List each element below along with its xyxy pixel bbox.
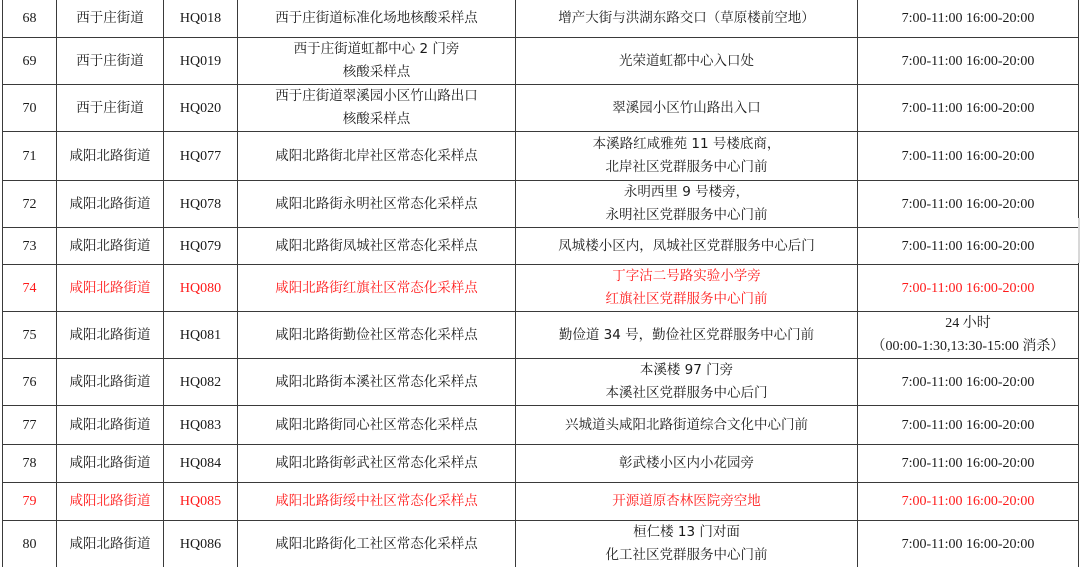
street-name: 西于庄街道	[76, 10, 144, 26]
address-line: 增产大街与洪湖东路交口（草原楼前空地）	[558, 10, 815, 26]
street-name: 咸阳北路街道	[70, 493, 151, 509]
site-line: 西于庄街道翠溪园小区竹山路出口	[275, 88, 478, 104]
row-number: 73	[23, 239, 37, 254]
row-number: 80	[23, 537, 37, 552]
row-number-cell: 78	[3, 445, 57, 483]
table-row: 70 西于庄街道 HQ020 西于庄街道翠溪园小区竹山路出口核酸采样点 翠溪园小…	[3, 85, 1079, 132]
address-cell: 增产大街与洪湖东路交口（草原楼前空地）	[516, 0, 858, 38]
street-name: 咸阳北路街道	[70, 238, 151, 254]
code-cell: HQ019	[164, 38, 238, 85]
street-name: 咸阳北路街道	[70, 374, 151, 390]
address-line: 永明西里 9 号楼旁，	[624, 184, 749, 200]
street-name: 咸阳北路街道	[70, 327, 151, 343]
row-number-cell: 76	[3, 359, 57, 406]
street-cell: 咸阳北路街道	[57, 445, 164, 483]
hours-cell: 24 小时（00:00-1:30,13:30-15:00 消杀）	[858, 312, 1079, 359]
address-line: 兴城道头咸阳北路街道综合文化中心门前	[565, 417, 808, 433]
hours-cell: 7:00-11:00 16:00-20:00	[858, 406, 1079, 445]
table-body: 68 西于庄街道 HQ018 西于庄街道标准化场地核酸采样点 增产大街与洪湖东路…	[3, 0, 1079, 567]
street-cell: 咸阳北路街道	[57, 406, 164, 445]
address-line: 凤城楼小区内，凤城社区党群服务中心后门	[558, 238, 815, 254]
table-row: 72 咸阳北路街道 HQ078 咸阳北路街永明社区常态化采样点 永明西里 9 号…	[3, 181, 1079, 228]
hours-cell: 7:00-11:00 16:00-20:00	[858, 38, 1079, 85]
hours-line: 7:00-11:00 16:00-20:00	[902, 281, 1035, 296]
site-code: HQ079	[180, 239, 221, 254]
site-line: 咸阳北路街同心社区常态化采样点	[275, 417, 478, 433]
table-row: 74 咸阳北路街道 HQ080 咸阳北路街红旗社区常态化采样点 丁字沽二号路实验…	[3, 265, 1079, 312]
hours-cell: 7:00-11:00 16:00-20:00	[858, 228, 1079, 265]
row-number: 71	[23, 149, 37, 164]
hours-line: 24 小时	[945, 316, 991, 331]
table-row: 73 咸阳北路街道 HQ079 咸阳北路街凤城社区常态化采样点 凤城楼小区内，凤…	[3, 228, 1079, 265]
site-code: HQ086	[180, 537, 221, 552]
site-line: 咸阳北路街化工社区常态化采样点	[275, 536, 478, 552]
site-line: 核酸采样点	[343, 64, 411, 80]
row-number: 70	[23, 101, 37, 116]
site-line: 咸阳北路街勤俭社区常态化采样点	[275, 327, 478, 343]
address-line: 勤俭道 34 号，勤俭社区党群服务中心门前	[559, 327, 814, 343]
address-cell: 丁字沽二号路实验小学旁红旗社区党群服务中心门前	[516, 265, 858, 312]
address-line: 光荣道虹都中心入口处	[619, 53, 754, 69]
address-line: 化工社区党群服务中心门前	[606, 547, 768, 563]
street-cell: 咸阳北路街道	[57, 265, 164, 312]
site-code: HQ085	[180, 494, 221, 509]
hours-line: 7:00-11:00 16:00-20:00	[902, 456, 1035, 471]
site-code: HQ082	[180, 375, 221, 390]
street-name: 西于庄街道	[76, 53, 144, 69]
site-line: 西于庄街道标准化场地核酸采样点	[275, 10, 478, 26]
address-cell: 彰武楼小区内小花园旁	[516, 445, 858, 483]
address-cell: 勤俭道 34 号，勤俭社区党群服务中心门前	[516, 312, 858, 359]
row-number: 79	[23, 494, 37, 509]
row-number: 74	[23, 281, 37, 296]
site-name-cell: 咸阳北路街凤城社区常态化采样点	[238, 228, 516, 265]
hours-line: 7:00-11:00 16:00-20:00	[902, 197, 1035, 212]
site-code: HQ080	[180, 281, 221, 296]
site-line: 西于庄街道虹都中心 2 门旁	[294, 41, 460, 57]
row-number-cell: 74	[3, 265, 57, 312]
site-name-cell: 咸阳北路街化工社区常态化采样点	[238, 521, 516, 567]
hours-line: 7:00-11:00 16:00-20:00	[902, 375, 1035, 390]
address-cell: 本溪楼 97 门旁本溪社区党群服务中心后门	[516, 359, 858, 406]
row-number: 72	[23, 197, 37, 212]
address-cell: 翠溪园小区竹山路出入口	[516, 85, 858, 132]
hours-line: 7:00-11:00 16:00-20:00	[902, 149, 1035, 164]
address-cell: 桓仁楼 13 门对面化工社区党群服务中心门前	[516, 521, 858, 567]
table-row: 75 咸阳北路街道 HQ081 咸阳北路街勤俭社区常态化采样点 勤俭道 34 号…	[3, 312, 1079, 359]
street-cell: 西于庄街道	[57, 85, 164, 132]
code-cell: HQ082	[164, 359, 238, 406]
code-cell: HQ020	[164, 85, 238, 132]
site-code: HQ078	[180, 197, 221, 212]
site-name-cell: 咸阳北路街勤俭社区常态化采样点	[238, 312, 516, 359]
table-row: 68 西于庄街道 HQ018 西于庄街道标准化场地核酸采样点 增产大街与洪湖东路…	[3, 0, 1079, 38]
street-cell: 咸阳北路街道	[57, 521, 164, 567]
row-number: 68	[23, 11, 37, 26]
hours-cell: 7:00-11:00 16:00-20:00	[858, 0, 1079, 38]
site-name-cell: 西于庄街道标准化场地核酸采样点	[238, 0, 516, 38]
street-cell: 咸阳北路街道	[57, 483, 164, 521]
street-name: 咸阳北路街道	[70, 196, 151, 212]
row-number-cell: 73	[3, 228, 57, 265]
table-row: 77 咸阳北路街道 HQ083 咸阳北路街同心社区常态化采样点 兴城道头咸阳北路…	[3, 406, 1079, 445]
hours-line: 7:00-11:00 16:00-20:00	[902, 101, 1035, 116]
street-cell: 咸阳北路街道	[57, 312, 164, 359]
row-number: 78	[23, 456, 37, 471]
hours-line: 7:00-11:00 16:00-20:00	[902, 494, 1035, 509]
street-name: 咸阳北路街道	[70, 417, 151, 433]
hours-cell: 7:00-11:00 16:00-20:00	[858, 132, 1079, 181]
code-cell: HQ084	[164, 445, 238, 483]
address-cell: 光荣道虹都中心入口处	[516, 38, 858, 85]
site-line: 咸阳北路街永明社区常态化采样点	[275, 196, 478, 212]
hours-cell: 7:00-11:00 16:00-20:00	[858, 85, 1079, 132]
address-line: 本溪楼 97 门旁	[640, 362, 733, 378]
site-line: 咸阳北路街凤城社区常态化采样点	[275, 238, 478, 254]
address-line: 永明社区党群服务中心门前	[606, 207, 768, 223]
site-code: HQ020	[180, 101, 221, 116]
site-code: HQ018	[180, 11, 221, 26]
row-number-cell: 71	[3, 132, 57, 181]
site-code: HQ019	[180, 54, 221, 69]
code-cell: HQ078	[164, 181, 238, 228]
code-cell: HQ085	[164, 483, 238, 521]
hours-cell: 7:00-11:00 16:00-20:00	[858, 181, 1079, 228]
row-number-cell: 75	[3, 312, 57, 359]
site-line: 咸阳北路街彰武社区常态化采样点	[275, 455, 478, 471]
row-number-cell: 77	[3, 406, 57, 445]
street-cell: 西于庄街道	[57, 38, 164, 85]
site-code: HQ083	[180, 418, 221, 433]
site-name-cell: 咸阳北路街红旗社区常态化采样点	[238, 265, 516, 312]
street-cell: 西于庄街道	[57, 0, 164, 38]
site-code: HQ081	[180, 328, 221, 343]
site-name-cell: 咸阳北路街本溪社区常态化采样点	[238, 359, 516, 406]
site-name-cell: 西于庄街道翠溪园小区竹山路出口核酸采样点	[238, 85, 516, 132]
row-number-cell: 79	[3, 483, 57, 521]
table-row: 69 西于庄街道 HQ019 西于庄街道虹都中心 2 门旁核酸采样点 光荣道虹都…	[3, 38, 1079, 85]
table-row: 79 咸阳北路街道 HQ085 咸阳北路街绥中社区常态化采样点 开源道原杏林医院…	[3, 483, 1079, 521]
hours-line: 7:00-11:00 16:00-20:00	[902, 537, 1035, 552]
site-name-cell: 咸阳北路街永明社区常态化采样点	[238, 181, 516, 228]
hours-line: 7:00-11:00 16:00-20:00	[902, 418, 1035, 433]
site-code: HQ084	[180, 456, 221, 471]
row-number: 77	[23, 418, 37, 433]
street-name: 咸阳北路街道	[70, 280, 151, 296]
site-name-cell: 咸阳北路街北岸社区常态化采样点	[238, 132, 516, 181]
hours-cell: 7:00-11:00 16:00-20:00	[858, 521, 1079, 567]
site-line: 咸阳北路街北岸社区常态化采样点	[275, 148, 478, 164]
site-name-cell: 咸阳北路街彰武社区常态化采样点	[238, 445, 516, 483]
address-cell: 兴城道头咸阳北路街道综合文化中心门前	[516, 406, 858, 445]
address-line: 丁字沽二号路实验小学旁	[612, 268, 761, 284]
site-code: HQ077	[180, 149, 221, 164]
row-number-cell: 72	[3, 181, 57, 228]
row-number-cell: 68	[3, 0, 57, 38]
table-row: 76 咸阳北路街道 HQ082 咸阳北路街本溪社区常态化采样点 本溪楼 97 门…	[3, 359, 1079, 406]
row-number-cell: 80	[3, 521, 57, 567]
address-line: 开源道原杏林医院旁空地	[612, 493, 761, 509]
row-number-cell: 69	[3, 38, 57, 85]
address-line: 翠溪园小区竹山路出入口	[612, 100, 761, 116]
site-name-cell: 咸阳北路街同心社区常态化采样点	[238, 406, 516, 445]
table-row: 80 咸阳北路街道 HQ086 咸阳北路街化工社区常态化采样点 桓仁楼 13 门…	[3, 521, 1079, 567]
street-cell: 咸阳北路街道	[57, 181, 164, 228]
hours-line: 7:00-11:00 16:00-20:00	[902, 11, 1035, 26]
street-name: 咸阳北路街道	[70, 536, 151, 552]
street-name: 咸阳北路街道	[70, 455, 151, 471]
site-line: 咸阳北路街绥中社区常态化采样点	[275, 493, 478, 509]
row-number: 76	[23, 375, 37, 390]
hours-cell: 7:00-11:00 16:00-20:00	[858, 359, 1079, 406]
street-name: 西于庄街道	[76, 100, 144, 116]
code-cell: HQ018	[164, 0, 238, 38]
table-row: 71 咸阳北路街道 HQ077 咸阳北路街北岸社区常态化采样点 本溪路红咸雅苑 …	[3, 132, 1079, 181]
address-cell: 开源道原杏林医院旁空地	[516, 483, 858, 521]
street-cell: 咸阳北路街道	[57, 228, 164, 265]
address-line: 彰武楼小区内小花园旁	[619, 455, 754, 471]
code-cell: HQ083	[164, 406, 238, 445]
hours-line: 7:00-11:00 16:00-20:00	[902, 239, 1035, 254]
address-cell: 凤城楼小区内，凤城社区党群服务中心后门	[516, 228, 858, 265]
street-cell: 咸阳北路街道	[57, 132, 164, 181]
row-number-cell: 70	[3, 85, 57, 132]
address-line: 桓仁楼 13 门对面	[633, 524, 740, 540]
site-line: 咸阳北路街本溪社区常态化采样点	[275, 374, 478, 390]
table-row: 78 咸阳北路街道 HQ084 咸阳北路街彰武社区常态化采样点 彰武楼小区内小花…	[3, 445, 1079, 483]
row-number: 69	[23, 54, 37, 69]
code-cell: HQ080	[164, 265, 238, 312]
street-cell: 咸阳北路街道	[57, 359, 164, 406]
site-line: 核酸采样点	[343, 111, 411, 127]
address-line: 北岸社区党群服务中心门前	[606, 159, 768, 175]
row-number: 75	[23, 328, 37, 343]
site-line: 咸阳北路街红旗社区常态化采样点	[275, 280, 478, 296]
site-name-cell: 西于庄街道虹都中心 2 门旁核酸采样点	[238, 38, 516, 85]
sampling-sites-table: 68 西于庄街道 HQ018 西于庄街道标准化场地核酸采样点 增产大街与洪湖东路…	[2, 0, 1079, 567]
address-cell: 永明西里 9 号楼旁，永明社区党群服务中心门前	[516, 181, 858, 228]
address-line: 红旗社区党群服务中心门前	[606, 291, 768, 307]
hours-line: 7:00-11:00 16:00-20:00	[902, 54, 1035, 69]
code-cell: HQ077	[164, 132, 238, 181]
address-cell: 本溪路红咸雅苑 11 号楼底商，北岸社区党群服务中心门前	[516, 132, 858, 181]
code-cell: HQ086	[164, 521, 238, 567]
street-name: 咸阳北路街道	[70, 148, 151, 164]
hours-line: （00:00-1:30,13:30-15:00 消杀）	[872, 339, 1065, 354]
address-line: 本溪社区党群服务中心后门	[606, 385, 768, 401]
hours-cell: 7:00-11:00 16:00-20:00	[858, 445, 1079, 483]
hours-cell: 7:00-11:00 16:00-20:00	[858, 265, 1079, 312]
code-cell: HQ079	[164, 228, 238, 265]
site-name-cell: 咸阳北路街绥中社区常态化采样点	[238, 483, 516, 521]
address-line: 本溪路红咸雅苑 11 号楼底商，	[593, 136, 781, 152]
hours-cell: 7:00-11:00 16:00-20:00	[858, 483, 1079, 521]
code-cell: HQ081	[164, 312, 238, 359]
